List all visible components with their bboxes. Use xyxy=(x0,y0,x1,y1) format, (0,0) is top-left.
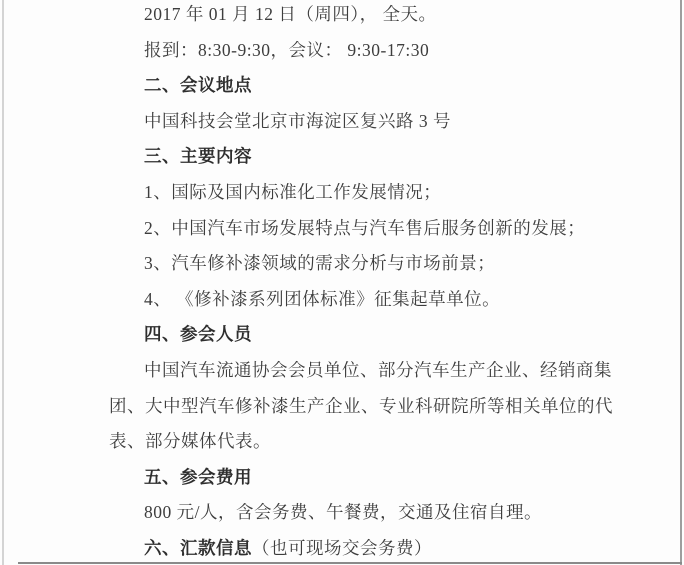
line-participants-wrap-2: 团、大中型汽车修补漆生产企业、专业科研院所等相关单位的代 xyxy=(109,389,609,425)
document-body: 2017 年 01 月 12 日（周四）， 全天。 报到：8:30-9:30，会… xyxy=(109,0,609,565)
payment-info-note-text: （也可现场交会务费） xyxy=(252,538,432,558)
line-content-item-1: 1、国际及国内标准化工作发展情况； xyxy=(109,175,609,211)
heading-section-3-main-content: 三、主要内容 xyxy=(109,139,609,175)
line-participants-wrap-3: 表、部分媒体代表。 xyxy=(109,424,609,460)
payment-info-heading-text: 六、汇款信息 xyxy=(144,538,252,558)
line-content-item-4: 4、 《修补漆系列团体标准》征集起草单位。 xyxy=(109,282,609,318)
line-meeting-date: 2017 年 01 月 12 日（周四）， 全天。 xyxy=(109,0,609,33)
heading-section-5-fee: 五、参会费用 xyxy=(109,460,609,496)
page-right-edge-line xyxy=(680,0,682,565)
page-left-edge-line xyxy=(2,0,4,565)
heading-section-4-participants: 四、参会人员 xyxy=(109,317,609,353)
line-meeting-schedule: 报到：8:30-9:30，会议： 9:30-17:30 xyxy=(109,33,609,69)
heading-section-6-payment-info: 六、汇款信息（也可现场交会务费） xyxy=(109,531,609,565)
page-bottom-scan-line xyxy=(18,562,682,564)
line-content-item-3: 3、汽车修补漆领域的需求分析与市场前景； xyxy=(109,246,609,282)
line-participants-wrap-1: 中国汽车流通协会会员单位、部分汽车生产企业、经销商集 xyxy=(109,353,609,389)
heading-section-2-location: 二、会议地点 xyxy=(109,68,609,104)
line-location-address: 中国科技会堂北京市海淀区复兴路 3 号 xyxy=(109,104,609,140)
line-fee-details: 800 元/人，含会务费、午餐费，交通及住宿自理。 xyxy=(109,495,609,531)
line-content-item-2: 2、中国汽车市场发展特点与汽车售后服务创新的发展； xyxy=(109,211,609,247)
scanned-document-page: 2017 年 01 月 12 日（周四）， 全天。 报到：8:30-9:30，会… xyxy=(0,0,684,565)
